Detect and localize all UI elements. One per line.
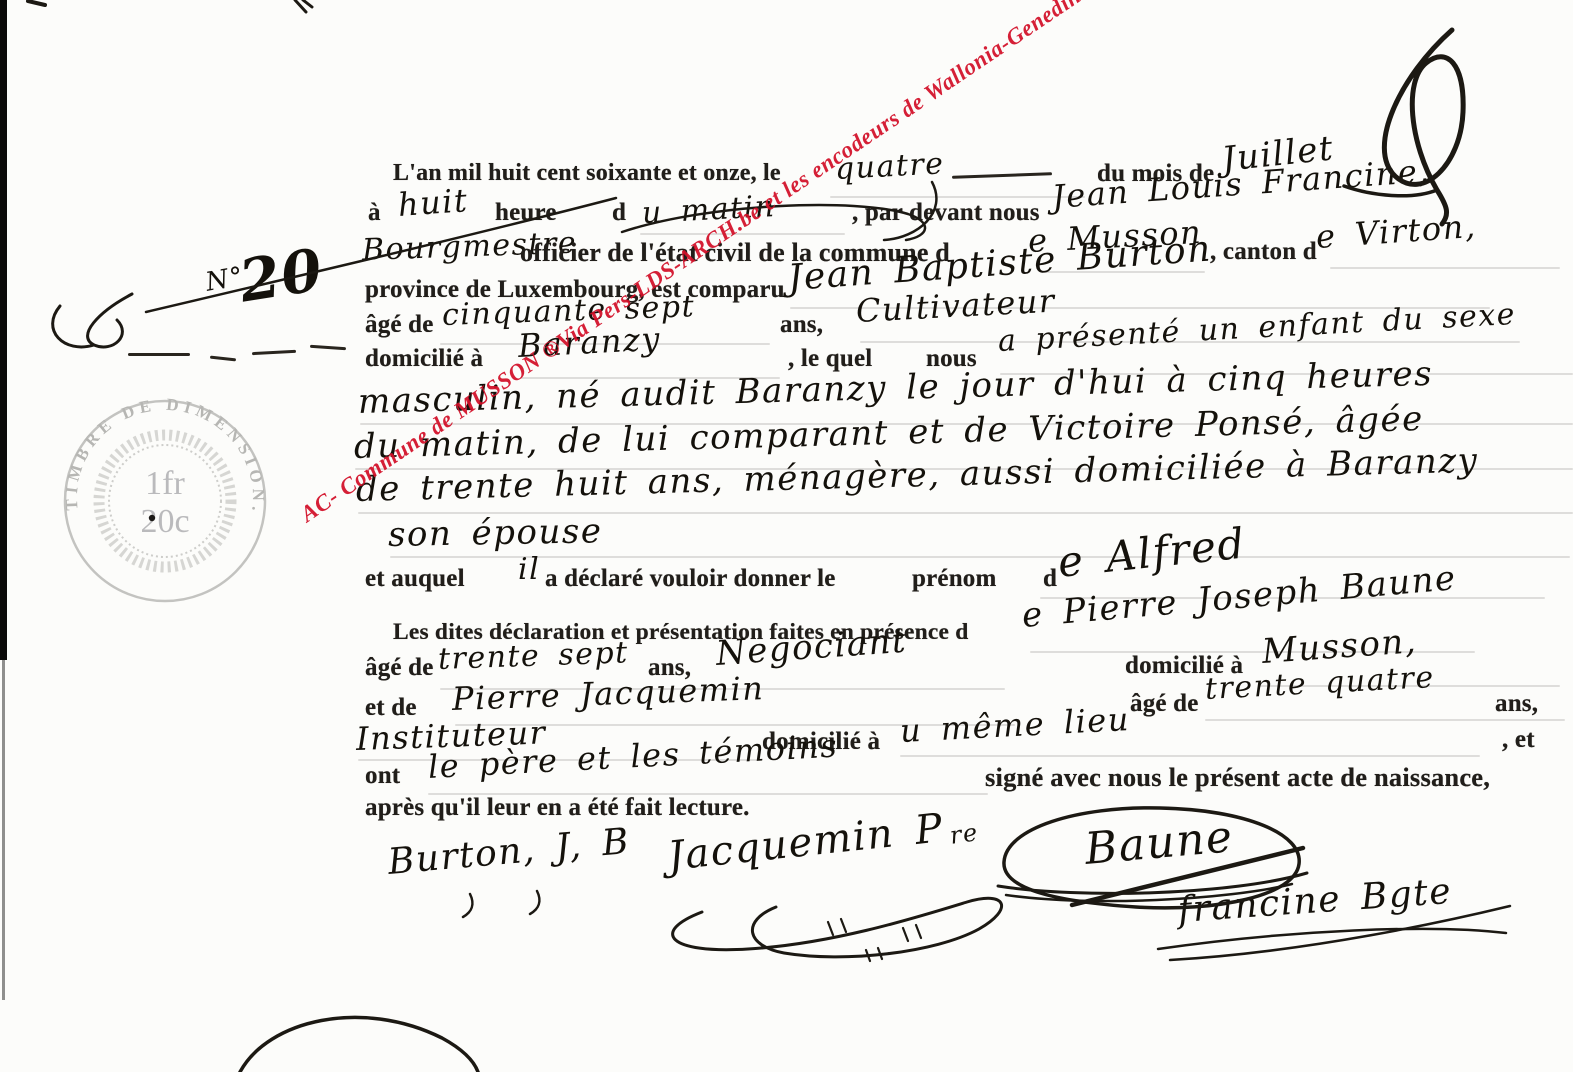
printed-canton: , canton d <box>1210 238 1317 266</box>
guide-line <box>1205 719 1565 721</box>
birth-record-scan: TIMBRE DE DIMENSION. 1fr 20c N° 20 L'an … <box>0 0 1573 1072</box>
pen-dash <box>310 345 346 351</box>
entry-child-name: e Alfred <box>1055 518 1247 586</box>
next-record-flourish <box>240 1017 478 1072</box>
signature-officer: francine Bgte <box>1177 871 1454 931</box>
entry-witness2-name: Pierre Jacquemin <box>451 669 765 718</box>
guide-line <box>900 755 1480 757</box>
printed-d: d <box>612 199 626 227</box>
printed-signe-avec-nous: signé avec nous le présent acte de naiss… <box>985 762 1490 793</box>
printed-w1-age-de: âgé de <box>365 654 434 682</box>
stamp-value-franc: 1fr <box>145 465 185 502</box>
pen-dash <box>210 356 236 362</box>
printed-par-devant-nous: , par devant nous <box>852 199 1040 227</box>
printed-lecture: après qu'il leur en a été fait lecture. <box>365 794 750 822</box>
stamp-ring-text: TIMBRE DE DIMENSION. <box>62 395 268 518</box>
signature-baune: Baune <box>1083 811 1236 875</box>
pen-dash <box>252 350 296 355</box>
printed-ans: ans, <box>780 311 823 339</box>
guide-line <box>830 196 1085 198</box>
jacquemin-paraph <box>673 898 1002 961</box>
entry-mother-status: son épouse <box>388 511 603 555</box>
entry-pronoun: il <box>518 552 540 587</box>
guide-line <box>1330 267 1560 269</box>
scan-edge-strip <box>0 0 7 660</box>
entry-hour: huit <box>397 181 470 224</box>
printed-w2-age-de: âgé de <box>1130 690 1199 718</box>
revenue-stamp: TIMBRE DE DIMENSION. 1fr 20c <box>52 388 278 614</box>
stamp-value-centimes: 20c <box>140 503 189 540</box>
burton-paraph <box>463 891 539 917</box>
ink-dot <box>149 515 155 521</box>
pen-dash <box>128 353 190 356</box>
stamp-inner-ring <box>109 445 221 557</box>
printed-age-de: âgé de <box>365 311 434 339</box>
printed-et-auquel: et auquel <box>365 565 465 593</box>
printed-w2-ans: ans, <box>1495 690 1538 718</box>
pen-dash <box>952 172 1052 178</box>
printed-ont: ont <box>365 762 400 790</box>
signature-burton: Burton, J, B <box>386 821 631 883</box>
entry-witness1-age: trente sept <box>437 635 629 677</box>
entry-canton: e Virton, <box>1315 207 1478 256</box>
entry-witness2-residence: u même lieu <box>899 700 1131 750</box>
printed-et: , et <box>1502 726 1535 754</box>
printed-heure: heure <box>495 199 557 227</box>
corner-flourish <box>1344 30 1463 224</box>
svg-text:TIMBRE DE DIMENSION.: TIMBRE DE DIMENSION. <box>62 395 268 518</box>
edge-marks <box>28 0 312 12</box>
stamp-wreath <box>99 435 231 567</box>
printed-prenom: prénom <box>912 565 997 593</box>
scan-edge-strip-faint <box>2 660 5 1000</box>
printed-domicilie-a: domicilié à <box>365 345 483 373</box>
stamp-outer-ring <box>65 401 265 601</box>
printed-prenom-d: d <box>1043 565 1057 593</box>
guide-line <box>390 556 1570 558</box>
act-number: 20 <box>235 235 328 315</box>
printed-a: à <box>368 199 381 227</box>
printed-declare-donner: a déclaré vouloir donner le <box>545 565 836 593</box>
signature-jacquemin-sup: re <box>948 818 980 850</box>
